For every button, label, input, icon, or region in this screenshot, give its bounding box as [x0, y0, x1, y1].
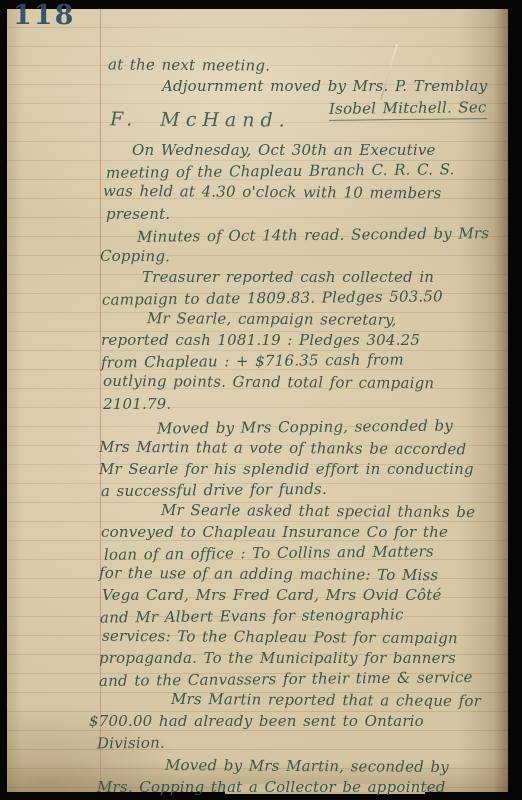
handwritten-line: and Mr Albert Evans for stenographic	[100, 605, 404, 627]
handwritten-line: present.	[106, 205, 170, 224]
handwritten-line: meeting of the Chapleau Branch C. R. C. …	[106, 160, 455, 183]
scanned-minutes-page: 118 at the next meeting. Adjournment mov…	[0, 0, 522, 800]
handwritten-line: conveyed to Chapleau Insurance Co for th…	[101, 523, 448, 542]
handwritten-line: outlying points. Grand total for campaig…	[103, 372, 434, 393]
handwritten-line: Mrs Martin that a vote of thanks be acco…	[99, 438, 466, 460]
handwritten-line: Treasurer reported cash collected in	[142, 268, 434, 287]
handwritten-line: Vega Card, Mrs Fred Card, Mrs Ovid Côté	[102, 586, 442, 605]
handwritten-line: Mr Searle asked that special thanks be	[161, 501, 475, 522]
secretary-signature: Isobel Mitchell. Sec	[329, 98, 487, 121]
handwritten-line: Moved by Mrs Martin, seconded by	[165, 756, 449, 777]
handwritten-line: On Wednesday, Oct 30th an Executive	[132, 141, 436, 160]
handwritten-line: $700.00 had already been sent to Ontario	[89, 712, 424, 731]
handwritten-line: Mr Searle, campaign secretary,	[147, 309, 397, 330]
handwritten-line: loan of an office : To Collins and Matte…	[104, 542, 434, 564]
handwritten-line: Adjournment moved by Mrs. P. Tremblay	[162, 77, 487, 96]
handwritten-line: Moved by Mrs Copping, seconded by	[157, 416, 453, 438]
handwritten-line: propaganda. To the Municipality for bann…	[99, 649, 456, 668]
handwritten-line: services: To the Chapleau Post for campa…	[102, 627, 458, 648]
handwritten-line: 2101.79.	[103, 395, 171, 414]
handwritten-line: campaign to date 1809.83. Pledges 503.50	[102, 287, 443, 310]
handwritten-line: Mrs. Copping that a Collector be appoint…	[97, 778, 446, 797]
handwritten-line: Copping.	[100, 247, 170, 266]
handwritten-line: Minutes of Oct 14th read. Seconded by Mr…	[137, 224, 489, 247]
handwritten-line: from Chapleau : + $716.35 cash from	[101, 350, 404, 372]
handwritten-line: at the next meeting.	[108, 55, 270, 75]
handwritten-line: and to the Canvassers for their time & s…	[99, 668, 473, 691]
handwritten-line: for the use of an adding machine: To Mis…	[99, 564, 438, 585]
handwritten-line: Mrs Martin reported that a cheque for	[171, 690, 481, 711]
handwritten-line: a successful drive for funds.	[101, 480, 327, 501]
handwritten-line: reported cash 1081.19 : Pledges 304.25	[101, 331, 420, 350]
handwritten-line: was held at 4.30 o'clock with 10 members	[103, 182, 442, 203]
chairman-signature: F. McHand.	[110, 110, 291, 130]
handwriting-layer: at the next meeting. Adjournment moved b…	[0, 0, 522, 800]
handwritten-line: Mr Searle for his splendid effort in con…	[99, 460, 474, 479]
handwritten-line: Division.	[97, 734, 165, 754]
